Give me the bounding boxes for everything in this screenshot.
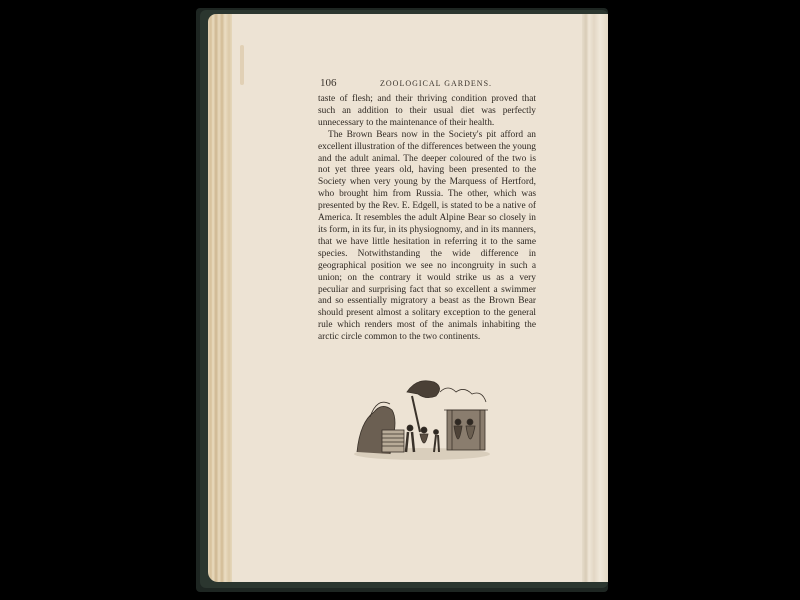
page-header: 106 ZOOLOGICAL GARDENS. <box>320 77 535 91</box>
body-text: taste of flesh; and their thriving condi… <box>318 94 536 344</box>
running-head: ZOOLOGICAL GARDENS. <box>380 79 492 88</box>
page-stain <box>240 45 244 85</box>
page-stack-right <box>582 14 608 582</box>
page-number: 106 <box>320 77 337 89</box>
vignette-illustration <box>352 372 492 462</box>
page-stack-left <box>208 14 234 582</box>
paragraph: taste of flesh; and their thriving condi… <box>318 94 536 130</box>
paragraph: The Brown Bears now in the Society's pit… <box>318 130 536 344</box>
engraving-icon <box>352 372 492 462</box>
